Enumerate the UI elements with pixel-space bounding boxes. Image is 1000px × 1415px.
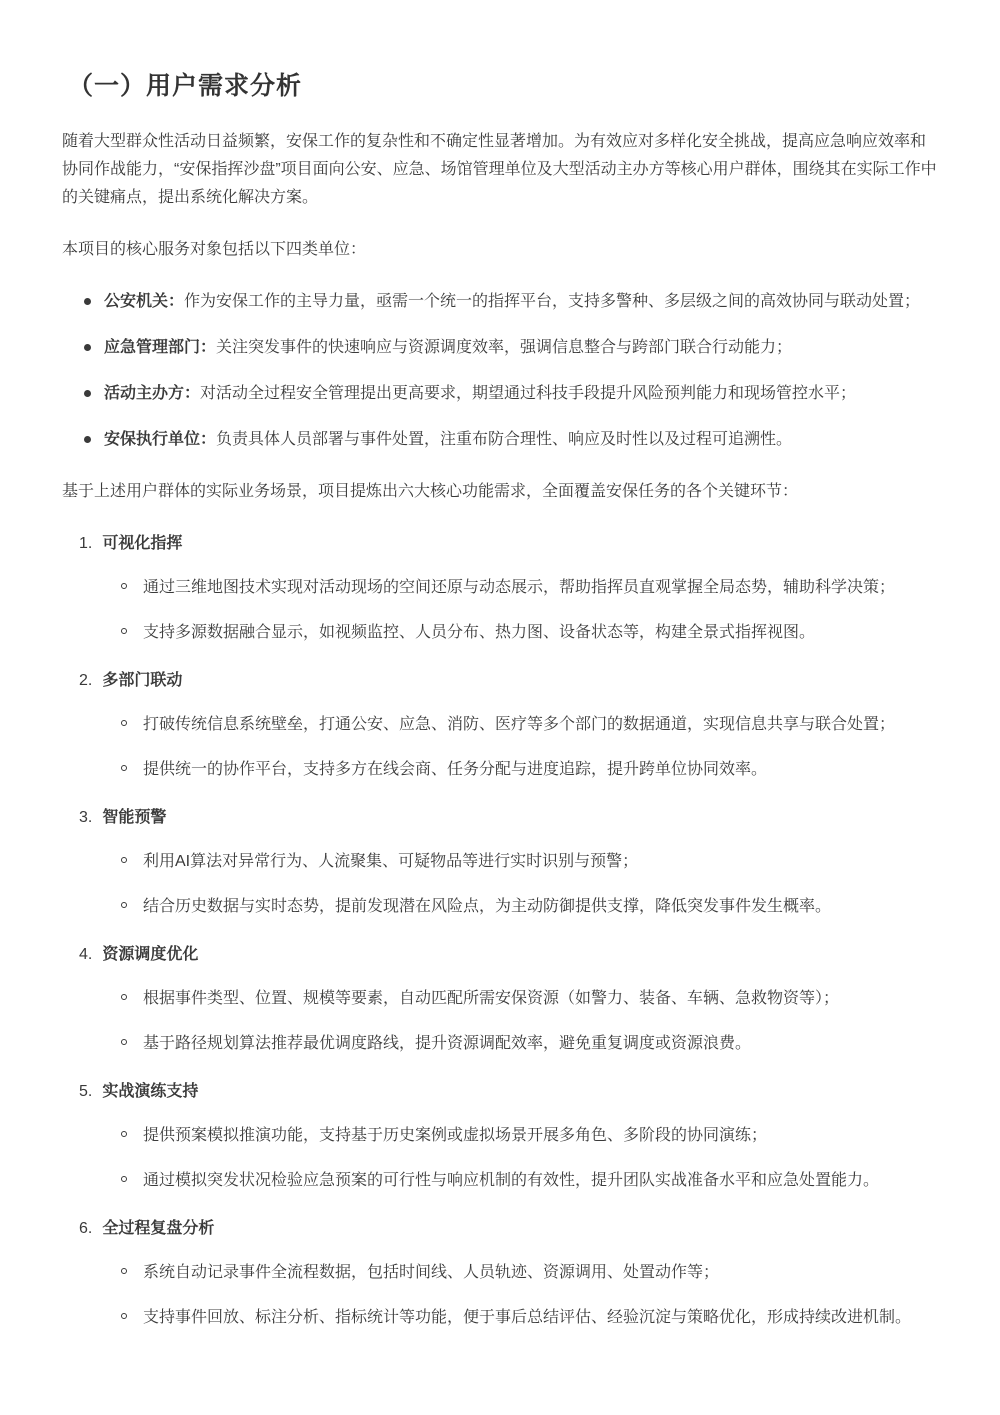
feature-item-text: 支持事件回放、标注分析、指标统计等功能，便于事后总结评估、经验沉淀与策略优化，形… [143, 1309, 911, 1326]
user-group-description: 负责具体人员部署与事件处置，注重布防合理性、响应及时性以及过程可追溯性。 [216, 431, 792, 448]
feature-section: 3.智能预警 利用AI算法对异常行为、人流聚集、可疑物品等进行实时识别与预警； … [62, 804, 938, 921]
feature-items: 利用AI算法对异常行为、人流聚集、可疑物品等进行实时识别与预警； 结合历史数据与… [62, 848, 938, 921]
feature-item: 通过模拟突发状况检验应急预案的可行性与响应机制的有效性，提升团队实战准备水平和应… [62, 1167, 938, 1195]
user-group-term: 活动主办方： [104, 385, 200, 402]
feature-items: 根据事件类型、位置、规模等要素，自动匹配所需安保资源（如警力、装备、车辆、急救物… [62, 985, 938, 1058]
circle-bullet-icon [121, 1313, 127, 1319]
disc-bullet-icon [84, 390, 91, 397]
service-targets-lead: 本项目的核心服务对象包括以下四类单位： [62, 236, 938, 264]
feature-number: 1. [79, 530, 92, 558]
feature-section: 1.可视化指挥 通过三维地图技术实现对活动现场的空间还原与动态展示，帮助指挥员直… [62, 530, 938, 647]
user-group-description: 关注突发事件的快速响应与资源调度效率，强调信息整合与跨部门联合行动能力； [216, 339, 792, 356]
feature-item: 根据事件类型、位置、规模等要素，自动匹配所需安保资源（如警力、装备、车辆、急救物… [62, 985, 938, 1013]
feature-title: 多部门联动 [102, 672, 182, 689]
feature-items: 提供预案模拟推演功能，支持基于历史案例或虚拟场景开展多角色、多阶段的协同演练； … [62, 1122, 938, 1195]
feature-heading: 5.实战演练支持 [62, 1078, 938, 1106]
circle-bullet-icon [121, 583, 127, 589]
feature-heading: 3.智能预警 [62, 804, 938, 832]
feature-item: 提供统一的协作平台，支持多方在线会商、任务分配与进度追踪，提升跨单位协同效率。 [62, 756, 938, 784]
user-group-description: 对活动全过程安全管理提出更高要求，期望通过科技手段提升风险预判能力和现场管控水平… [200, 385, 856, 402]
feature-title: 智能预警 [102, 809, 166, 826]
circle-bullet-icon [121, 902, 127, 908]
feature-title: 资源调度优化 [102, 946, 198, 963]
feature-item-text: 基于路径规划算法推荐最优调度路线，提升资源调配效率，避免重复调度或资源浪费。 [143, 1035, 751, 1052]
feature-section: 6.全过程复盘分析 系统自动记录事件全流程数据，包括时间线、人员轨迹、资源调用、… [62, 1215, 938, 1332]
features-list: 1.可视化指挥 通过三维地图技术实现对活动现场的空间还原与动态展示，帮助指挥员直… [62, 530, 938, 1332]
feature-heading: 6.全过程复盘分析 [62, 1215, 938, 1243]
feature-title: 实战演练支持 [102, 1083, 198, 1100]
feature-item-text: 提供预案模拟推演功能，支持基于历史案例或虚拟场景开展多角色、多阶段的协同演练； [143, 1127, 767, 1144]
feature-item-text: 根据事件类型、位置、规模等要素，自动匹配所需安保资源（如警力、装备、车辆、急救物… [143, 990, 839, 1007]
disc-bullet-icon [84, 344, 91, 351]
user-group-term: 安保执行单位： [104, 431, 216, 448]
feature-item-text: 打破传统信息系统壁垒，打通公安、应急、消防、医疗等多个部门的数据通道，实现信息共… [143, 716, 895, 733]
feature-number: 4. [79, 941, 92, 969]
feature-items: 通过三维地图技术实现对活动现场的空间还原与动态展示，帮助指挥员直观掌握全局态势，… [62, 574, 938, 647]
circle-bullet-icon [121, 1176, 127, 1182]
feature-heading: 1.可视化指挥 [62, 530, 938, 558]
feature-item: 打破传统信息系统壁垒，打通公安、应急、消防、医疗等多个部门的数据通道，实现信息共… [62, 711, 938, 739]
user-group-term: 应急管理部门： [104, 339, 216, 356]
feature-title: 可视化指挥 [102, 535, 182, 552]
feature-item-text: 通过三维地图技术实现对活动现场的空间还原与动态展示，帮助指挥员直观掌握全局态势，… [143, 579, 895, 596]
feature-item: 系统自动记录事件全流程数据，包括时间线、人员轨迹、资源调用、处置动作等； [62, 1259, 938, 1287]
circle-bullet-icon [121, 857, 127, 863]
feature-item: 支持多源数据融合显示，如视频监控、人员分布、热力图、设备状态等，构建全景式指挥视… [62, 619, 938, 647]
feature-section: 5.实战演练支持 提供预案模拟推演功能，支持基于历史案例或虚拟场景开展多角色、多… [62, 1078, 938, 1195]
feature-heading: 4.资源调度优化 [62, 941, 938, 969]
user-group-description: 作为安保工作的主导力量，亟需一个统一的指挥平台，支持多警种、多层级之间的高效协同… [184, 293, 920, 310]
circle-bullet-icon [121, 1268, 127, 1274]
feature-item: 通过三维地图技术实现对活动现场的空间还原与动态展示，帮助指挥员直观掌握全局态势，… [62, 574, 938, 602]
feature-items: 打破传统信息系统壁垒，打通公安、应急、消防、医疗等多个部门的数据通道，实现信息共… [62, 711, 938, 784]
feature-section: 4.资源调度优化 根据事件类型、位置、规模等要素，自动匹配所需安保资源（如警力、… [62, 941, 938, 1058]
feature-item: 提供预案模拟推演功能，支持基于历史案例或虚拟场景开展多角色、多阶段的协同演练； [62, 1122, 938, 1150]
feature-item-text: 通过模拟突发状况检验应急预案的可行性与响应机制的有效性，提升团队实战准备水平和应… [143, 1172, 879, 1189]
circle-bullet-icon [121, 1039, 127, 1045]
feature-item-text: 提供统一的协作平台，支持多方在线会商、任务分配与进度追踪，提升跨单位协同效率。 [143, 761, 767, 778]
feature-items: 系统自动记录事件全流程数据，包括时间线、人员轨迹、资源调用、处置动作等； 支持事… [62, 1259, 938, 1332]
circle-bullet-icon [121, 765, 127, 771]
feature-title: 全过程复盘分析 [102, 1220, 214, 1237]
user-group-item: 应急管理部门：关注突发事件的快速响应与资源调度效率，强调信息整合与跨部门联合行动… [62, 334, 938, 362]
feature-section: 2.多部门联动 打破传统信息系统壁垒，打通公安、应急、消防、医疗等多个部门的数据… [62, 667, 938, 784]
document-page: （一）用户需求分析 随着大型群众性活动日益频繁，安保工作的复杂性和不确定性显著增… [0, 0, 1000, 1332]
feature-item: 结合历史数据与实时态势，提前发现潜在风险点，为主动防御提供支撑，降低突发事件发生… [62, 893, 938, 921]
feature-number: 6. [79, 1215, 92, 1243]
intro-paragraph: 随着大型群众性活动日益频繁，安保工作的复杂性和不确定性显著增加。为有效应对多样化… [62, 128, 938, 212]
user-group-item: 公安机关：作为安保工作的主导力量，亟需一个统一的指挥平台，支持多警种、多层级之间… [62, 288, 938, 316]
feature-item: 支持事件回放、标注分析、指标统计等功能，便于事后总结评估、经验沉淀与策略优化，形… [62, 1304, 938, 1332]
circle-bullet-icon [121, 720, 127, 726]
feature-number: 2. [79, 667, 92, 695]
disc-bullet-icon [84, 436, 91, 443]
circle-bullet-icon [121, 628, 127, 634]
circle-bullet-icon [121, 994, 127, 1000]
feature-number: 3. [79, 804, 92, 832]
feature-item-text: 利用AI算法对异常行为、人流聚集、可疑物品等进行实时识别与预警； [143, 853, 638, 870]
feature-item-text: 支持多源数据融合显示，如视频监控、人员分布、热力图、设备状态等，构建全景式指挥视… [143, 624, 815, 641]
page-title: （一）用户需求分析 [68, 70, 938, 102]
feature-item: 利用AI算法对异常行为、人流聚集、可疑物品等进行实时识别与预警； [62, 848, 938, 876]
feature-heading: 2.多部门联动 [62, 667, 938, 695]
user-group-term: 公安机关： [104, 293, 184, 310]
user-group-item: 活动主办方：对活动全过程安全管理提出更高要求，期望通过科技手段提升风险预判能力和… [62, 380, 938, 408]
features-lead: 基于上述用户群体的实际业务场景，项目提炼出六大核心功能需求，全面覆盖安保任务的各… [62, 478, 938, 506]
circle-bullet-icon [121, 1131, 127, 1137]
feature-item-text: 结合历史数据与实时态势，提前发现潜在风险点，为主动防御提供支撑，降低突发事件发生… [143, 898, 831, 915]
user-groups-list: 公安机关：作为安保工作的主导力量，亟需一个统一的指挥平台，支持多警种、多层级之间… [62, 288, 938, 454]
feature-number: 5. [79, 1078, 92, 1106]
feature-item: 基于路径规划算法推荐最优调度路线，提升资源调配效率，避免重复调度或资源浪费。 [62, 1030, 938, 1058]
user-group-item: 安保执行单位：负责具体人员部署与事件处置，注重布防合理性、响应及时性以及过程可追… [62, 426, 938, 454]
feature-item-text: 系统自动记录事件全流程数据，包括时间线、人员轨迹、资源调用、处置动作等； [143, 1264, 719, 1281]
disc-bullet-icon [84, 298, 91, 305]
